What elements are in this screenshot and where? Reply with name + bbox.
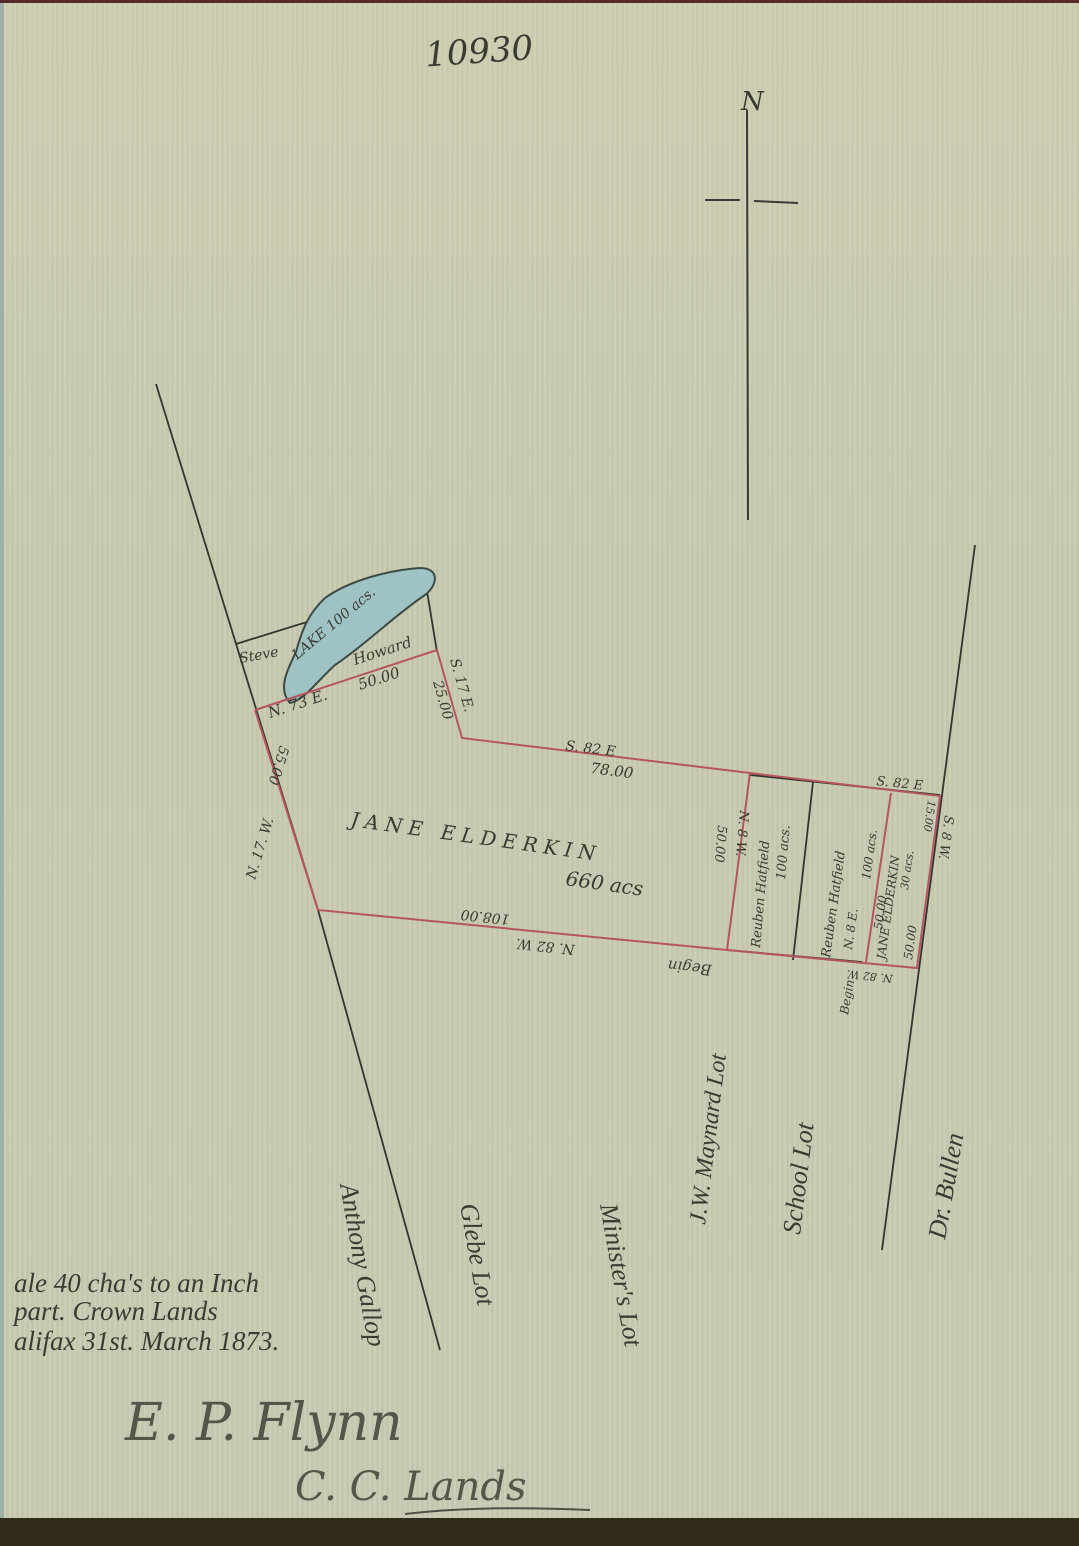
length-reuben-1: 50.00 bbox=[711, 825, 729, 863]
bearing-reuben-1: N. 8 W. bbox=[732, 809, 751, 858]
owner-reuben-1: Reuben Hatfield bbox=[749, 840, 773, 949]
bearing-reuben-2: N. 8 E. bbox=[841, 907, 861, 951]
bearing-south: N. 82 W. bbox=[515, 935, 576, 957]
area-jane-small: 30 acs. bbox=[898, 850, 916, 891]
north-label: N bbox=[740, 87, 765, 117]
adjoining-anthony-gallop: Anthony Gallop bbox=[334, 1179, 392, 1349]
adjoining-dr-bullen: Dr. Bullen bbox=[922, 1131, 969, 1242]
adjoining-school-lot: School Lot bbox=[777, 1120, 820, 1235]
scale-line-1: ale 40 cha's to an Inch bbox=[14, 1268, 259, 1298]
adjoining-maynard-lot: J.W. Maynard Lot bbox=[685, 1051, 732, 1226]
begin-label-2: Begin bbox=[837, 978, 857, 1016]
bearing-west: N. 17. W. bbox=[243, 816, 277, 882]
adjoining-boundaries bbox=[156, 384, 975, 1350]
bearing-top-right: S. 82 E bbox=[876, 774, 925, 794]
north-arrow-icon: N bbox=[705, 87, 798, 520]
begin-label-1: Begin bbox=[667, 956, 714, 979]
parcel-owner-main: JANE ELDERKIN bbox=[345, 807, 603, 867]
length-top: 78.00 bbox=[590, 759, 635, 782]
scale-line-3: alifax 31st. March 1873. bbox=[14, 1326, 279, 1356]
area-reuben-1: 100 acs. bbox=[774, 824, 794, 880]
area-reuben-2: 100 acs. bbox=[859, 828, 880, 880]
adjoining-ministers-lot: Minister's Lot bbox=[594, 1200, 648, 1350]
length-jane-small: 50.00 bbox=[901, 924, 920, 960]
owner-steve: Steve bbox=[238, 644, 280, 667]
scale-note: ale 40 cha's to an Inch part. Crown Land… bbox=[12, 1268, 279, 1356]
bearing-top: S. 82 E bbox=[565, 738, 617, 760]
signature-title: C. C. Lands bbox=[295, 1464, 527, 1510]
survey-plan-sheet: 10930 N JANE ELDERKIN 660 acs bbox=[0, 0, 1079, 1546]
survey-map: 10930 N JANE ELDERKIN 660 acs bbox=[0, 0, 1079, 1546]
adjoining-glebe-lot: Glebe Lot bbox=[454, 1201, 501, 1308]
scale-line-2: part. Crown Lands bbox=[12, 1296, 218, 1326]
catalog-number: 10930 bbox=[424, 28, 535, 75]
parcel-area-main: 660 acs bbox=[564, 866, 645, 901]
length-north-edge: 50.00 bbox=[356, 663, 403, 694]
signature: E. P. Flynn bbox=[124, 1393, 403, 1453]
